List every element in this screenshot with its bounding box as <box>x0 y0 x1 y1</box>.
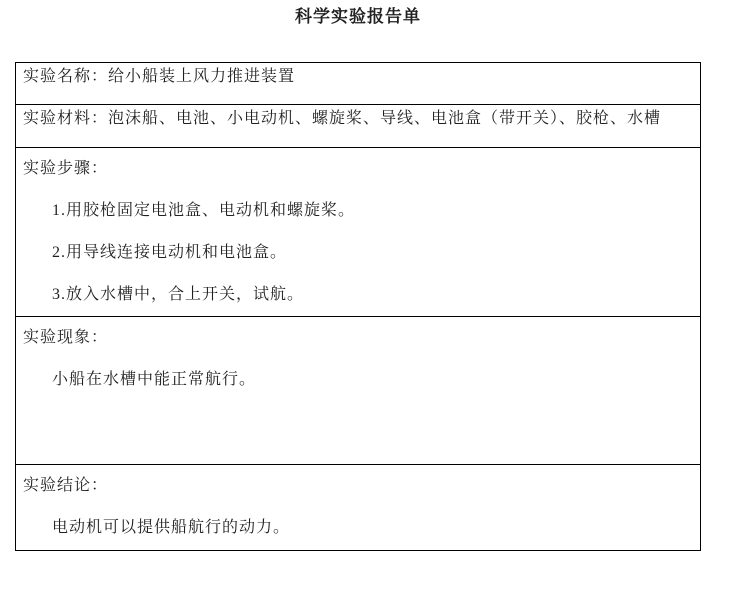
steps-cell: 实验步骤： 1.用胶枪固定电池盒、电动机和螺旋桨。 2.用导线连接电动机和电池盒… <box>16 148 701 317</box>
experiment-report-document: 科学实验报告单 实验名称：给小船装上风力推进装置 实验材料：泡沫船、电池、小电动… <box>0 0 729 590</box>
experiment-name-cell: 实验名称：给小船装上风力推进装置 <box>16 63 701 105</box>
experiment-name-value: 给小船装上风力推进装置 <box>108 68 295 85</box>
step-line-1: 1.用胶枪固定电池盒、电动机和螺旋桨。 <box>23 190 693 232</box>
table-row-experiment-name: 实验名称：给小船装上风力推进装置 <box>16 63 701 105</box>
conclusion-value: 电动机可以提供船航行的动力。 <box>23 507 693 549</box>
materials-label: 实验材料： <box>23 110 108 127</box>
conclusion-cell: 实验结论： 电动机可以提供船航行的动力。 <box>16 465 701 551</box>
step-line-3: 3.放入水槽中，合上开关，试航。 <box>23 274 693 316</box>
conclusion-label: 实验结论： <box>23 465 693 507</box>
table-row-phenomenon: 实验现象： 小船在水槽中能正常航行。 <box>16 317 701 465</box>
materials-cell: 实验材料：泡沫船、电池、小电动机、螺旋桨、导线、电池盒（带开关）、胶枪、水槽 <box>16 105 701 148</box>
phenomenon-cell: 实验现象： 小船在水槽中能正常航行。 <box>16 317 701 465</box>
phenomenon-value: 小船在水槽中能正常航行。 <box>23 359 693 401</box>
table-row-materials: 实验材料：泡沫船、电池、小电动机、螺旋桨、导线、电池盒（带开关）、胶枪、水槽 <box>16 105 701 148</box>
phenomenon-label: 实验现象： <box>23 317 693 359</box>
report-table: 实验名称：给小船装上风力推进装置 实验材料：泡沫船、电池、小电动机、螺旋桨、导线… <box>15 62 701 551</box>
materials-value: 泡沫船、电池、小电动机、螺旋桨、导线、电池盒（带开关）、胶枪、水槽 <box>108 110 661 127</box>
table-row-conclusion: 实验结论： 电动机可以提供船航行的动力。 <box>16 465 701 551</box>
steps-label: 实验步骤： <box>23 148 693 190</box>
page-title: 科学实验报告单 <box>15 7 701 27</box>
step-line-2: 2.用导线连接电动机和电池盒。 <box>23 232 693 274</box>
experiment-name-label: 实验名称： <box>23 68 108 85</box>
table-row-steps: 实验步骤： 1.用胶枪固定电池盒、电动机和螺旋桨。 2.用导线连接电动机和电池盒… <box>16 148 701 317</box>
